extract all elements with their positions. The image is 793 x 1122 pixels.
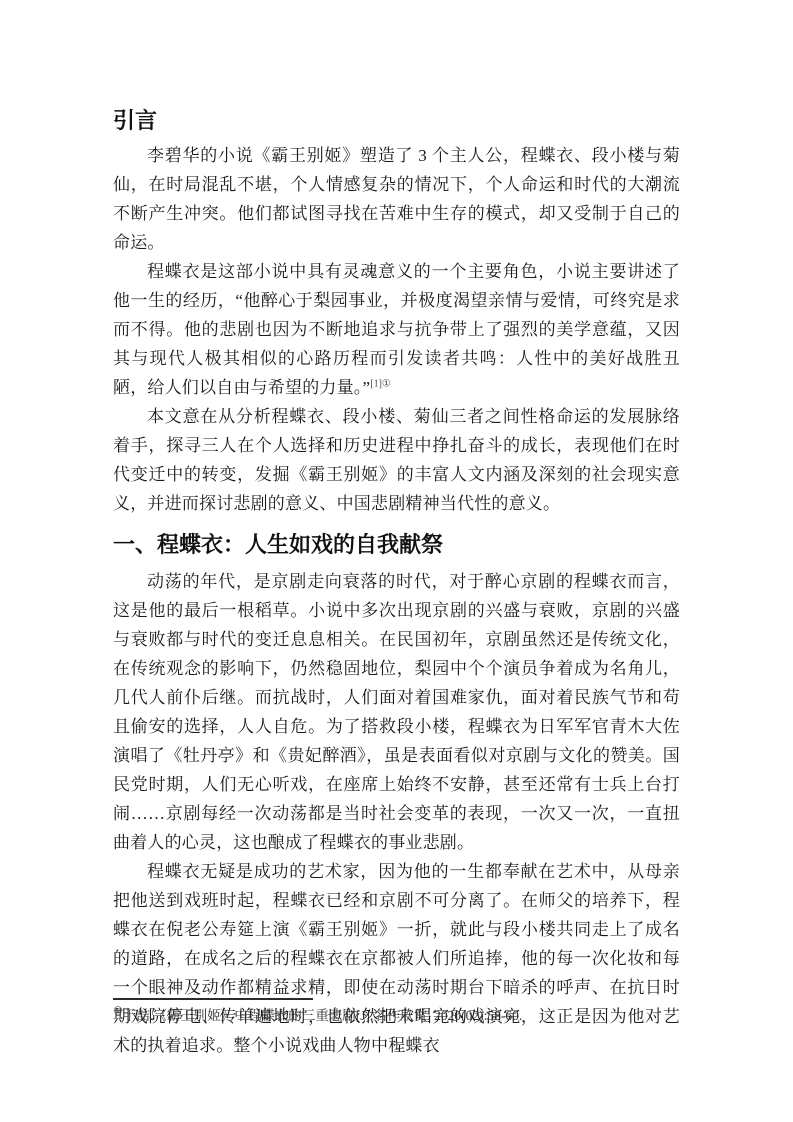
document-page: 引言 李碧华的小说《霸王别姬》塑造了 3 个主人公，程蝶衣、段小楼与菊仙，在时局… bbox=[0, 0, 793, 1122]
footnote-area: ①于喆.《霸王别姬》中程蝶衣的三重悲剧[J].名作欣赏, 2020(02):58… bbox=[113, 998, 680, 1025]
intro-heading: 引言 bbox=[113, 106, 680, 136]
section-1-heading: 一、程蝶衣：人生如戏的自我献祭 bbox=[113, 530, 680, 560]
page-number: 1 bbox=[0, 1039, 793, 1055]
paragraph-intro-1: 李碧华的小说《霸王别姬》塑造了 3 个主人公，程蝶衣、段小楼与菊仙，在时局混乱不… bbox=[113, 141, 680, 257]
citation-superscript: [1]① bbox=[370, 378, 391, 389]
paragraph-section1-2: 程蝶衣无疑是成功的艺术家，因为他的一生都奉献在艺术中，从母亲把他送到戏班时起，程… bbox=[113, 857, 680, 1060]
paragraph-section1-1: 动荡的年代，是京剧走向衰落的时代，对于醉心京剧的程蝶衣而言，这是他的最后一根稻草… bbox=[113, 567, 680, 857]
footnote-text: 于喆.《霸王别姬》中程蝶衣的三重悲剧[J].名作欣赏, 2020(02):58-… bbox=[123, 1008, 522, 1023]
footnote-separator-rule bbox=[113, 998, 313, 1000]
footnote-marker: ① bbox=[113, 1006, 123, 1018]
footnote-text-line: ①于喆.《霸王别姬》中程蝶衣的三重悲剧[J].名作欣赏, 2020(02):58… bbox=[113, 1007, 680, 1025]
paragraph-intro-3: 本文意在从分析程蝶衣、段小楼、菊仙三者之间性格命运的发展脉络着手，探寻三人在个人… bbox=[113, 402, 680, 518]
paragraph-intro-2: 程蝶衣是这部小说中具有灵魂意义的一个主要角色，小说主要讲述了他一生的经历，“他醉… bbox=[113, 257, 680, 402]
paragraph-intro-2-text: 程蝶衣是这部小说中具有灵魂意义的一个主要角色，小说主要讲述了他一生的经历，“他醉… bbox=[113, 262, 680, 397]
